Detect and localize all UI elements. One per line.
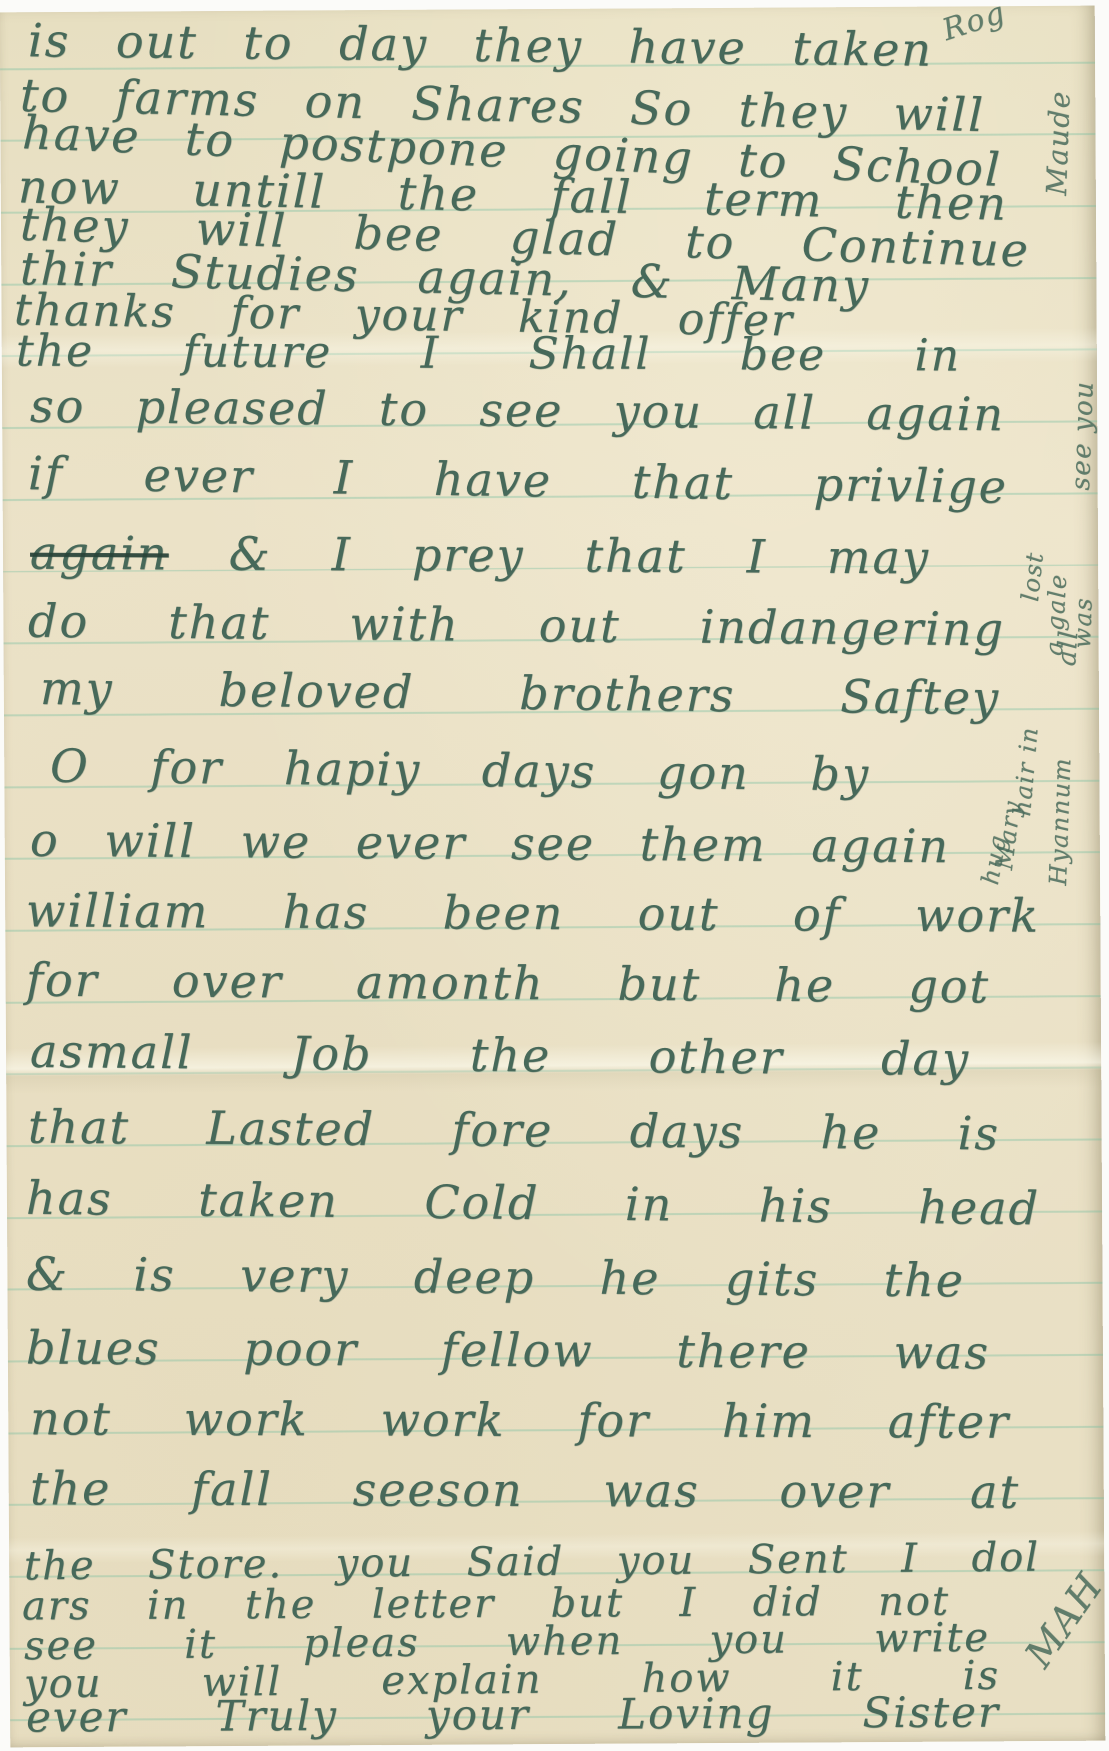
margin-note: Rog xyxy=(938,0,1010,48)
margin-note: Maude xyxy=(1040,90,1077,196)
margin-layer: RogMaudesee youalllosta galewashair inMa… xyxy=(0,0,1109,1751)
margin-note: was xyxy=(1068,596,1098,649)
signature-flourish: MAH xyxy=(1016,1565,1109,1675)
margin-note: hug xyxy=(976,832,1012,887)
margin-note: Hyannum xyxy=(1044,757,1076,886)
letter-scan: is out to day they have takento farms on… xyxy=(0,0,1109,1751)
margin-note: see you xyxy=(1066,380,1100,491)
